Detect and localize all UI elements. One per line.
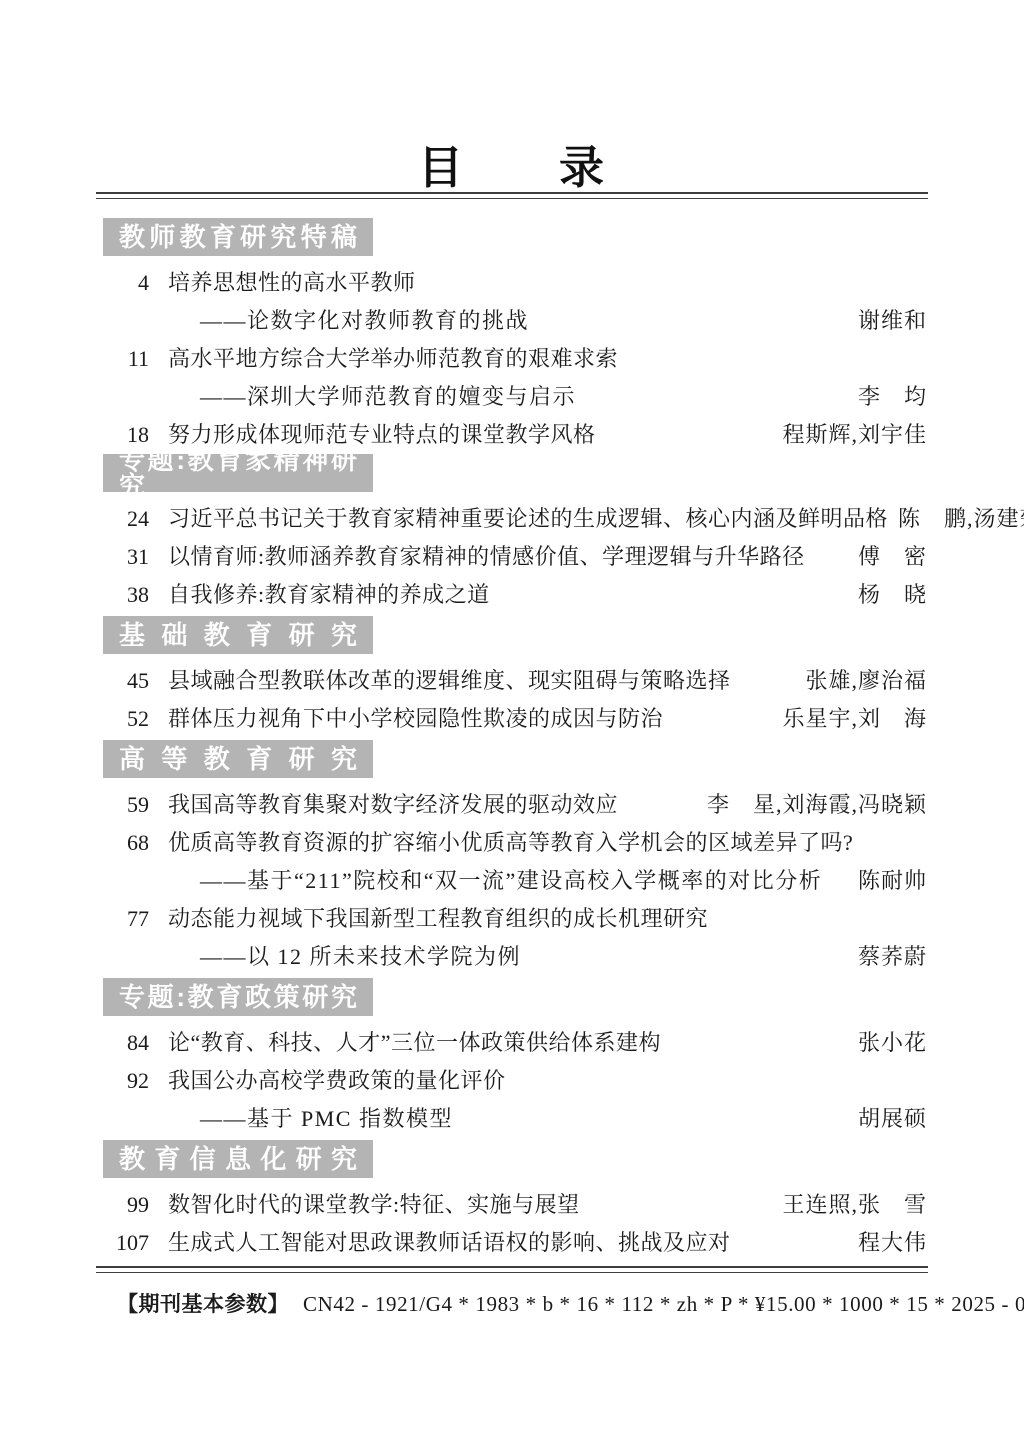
toc-entry-row: 84论“教育、科技、人才”三位一体政策供给体系建构张小花 <box>97 1030 927 1068</box>
journal-parameters: 【期刊基本参数】 CN42 - 1921/G4 * 1983 * b * 16 … <box>117 1288 909 1318</box>
section-header: 教育信息化研究 <box>103 1140 373 1178</box>
toc-subtitle-row: ——论数字化对教师教育的挑战谢维和 <box>97 308 927 346</box>
toc-subtitle-row: ——以 12 所未来技术学院为例蔡荞蔚 <box>97 944 927 982</box>
article-authors: 王连照,张 雪 <box>772 1192 927 1217</box>
article-authors: 张雄,廖治福 <box>795 668 927 693</box>
page-number: 99 <box>97 1192 149 1217</box>
article-title: 我国高等教育集聚对数字经济发展的驱动效应 <box>168 792 618 817</box>
section-rows: 45县域融合型教联体改革的逻辑维度、现实阻碍与策略选择张雄,廖治福52群体压力视… <box>97 668 927 744</box>
toc-entry-row: 4培养思想性的高水平教师 <box>97 270 927 308</box>
article-title: 我国公办高校学费政策的量化评价 <box>168 1068 506 1093</box>
article-title: 高水平地方综合大学举办师范教育的艰难求索 <box>168 346 618 371</box>
article-authors: 程斯辉,刘宇佳 <box>772 422 927 447</box>
toc-entry-row: 92我国公办高校学费政策的量化评价 <box>97 1068 927 1106</box>
toc-entry-row: 107生成式人工智能对思政课教师话语权的影响、挑战及应对程大伟 <box>97 1230 927 1268</box>
article-subtitle: ——深圳大学师范教育的嬗变与启示 <box>200 384 576 409</box>
article-title: 动态能力视域下我国新型工程教育组织的成长机理研究 <box>168 906 708 931</box>
page-number: 52 <box>97 706 149 731</box>
toc-entry-row: 11高水平地方综合大学举办师范教育的艰难求索 <box>97 346 927 384</box>
section-rows: 59我国高等教育集聚对数字经济发展的驱动效应李 星,刘海霞,冯晓颖68优质高等教… <box>97 792 927 982</box>
top-divider <box>96 192 928 199</box>
article-title: 群体压力视角下中小学校园隐性欺凌的成因与防治 <box>168 706 663 731</box>
article-authors: 程大伟 <box>848 1230 927 1255</box>
article-title: 生成式人工智能对思政课教师话语权的影响、挑战及应对 <box>168 1230 731 1255</box>
section-header-label: 教育信息化研究 <box>119 1146 357 1172</box>
section-header: 教师教育研究特稿 <box>103 218 373 256</box>
page-number: 4 <box>97 270 149 295</box>
article-title: 自我修养:教育家精神的养成之道 <box>168 582 490 607</box>
section-header: 高等教育研究 <box>103 740 373 778</box>
section-rows: 99数智化时代的课堂教学:特征、实施与展望王连照,张 雪107生成式人工智能对思… <box>97 1192 927 1268</box>
article-authors: 蔡荞蔚 <box>848 944 927 969</box>
section-header-label: 专题:教育家精神研究 <box>119 447 357 499</box>
section-header-label: 教师教育研究特稿 <box>119 224 357 250</box>
page-number: 77 <box>97 906 149 931</box>
toc-entry-row: 45县域融合型教联体改革的逻辑维度、现实阻碍与策略选择张雄,廖治福 <box>97 668 927 706</box>
toc-section: 基础教育研究45县域融合型教联体改革的逻辑维度、现实阻碍与策略选择张雄,廖治福5… <box>97 616 927 744</box>
section-header-label: 专题:教育政策研究 <box>119 984 357 1010</box>
article-authors: 杨 晓 <box>848 582 927 607</box>
article-title: 论“教育、科技、人才”三位一体政策供给体系建构 <box>168 1030 661 1055</box>
article-authors: 谢维和 <box>848 308 927 333</box>
article-title: 以情育师:教师涵养教育家精神的情感价值、学理逻辑与升华路径 <box>168 544 805 569</box>
toc-entry-row: 31以情育师:教师涵养教育家精神的情感价值、学理逻辑与升华路径傅 密 <box>97 544 927 582</box>
article-authors: 陈耐帅 <box>848 868 927 893</box>
article-authors: 陈 鹏,汤建荣 <box>888 506 1024 531</box>
toc-section: 专题:教育政策研究84论“教育、科技、人才”三位一体政策供给体系建构张小花92我… <box>97 978 927 1144</box>
page-number: 24 <box>97 506 149 531</box>
section-header: 专题:教育政策研究 <box>103 978 373 1016</box>
section-header: 专题:教育家精神研究 <box>103 454 373 492</box>
article-authors: 张小花 <box>848 1030 927 1055</box>
toc-entry-row: 52群体压力视角下中小学校园隐性欺凌的成因与防治乐星宇,刘 海 <box>97 706 927 744</box>
journal-parameters-label: 【期刊基本参数】 <box>117 1288 289 1318</box>
article-title: 培养思想性的高水平教师 <box>168 270 416 295</box>
toc-entry-row: 38自我修养:教育家精神的养成之道杨 晓 <box>97 582 927 620</box>
section-header: 基础教育研究 <box>103 616 373 654</box>
article-authors: 胡展硕 <box>848 1106 927 1131</box>
page-number: 68 <box>97 830 149 855</box>
article-subtitle: ——基于“211”院校和“双一流”建设高校入学概率的对比分析 <box>200 868 822 893</box>
page-number: 11 <box>97 346 149 371</box>
toc-entry-row: 77动态能力视域下我国新型工程教育组织的成长机理研究 <box>97 906 927 944</box>
journal-parameters-value: CN42 - 1921/G4 * 1983 * b * 16 * 112 * z… <box>303 1292 1024 1317</box>
toc-entry-row: 99数智化时代的课堂教学:特征、实施与展望王连照,张 雪 <box>97 1192 927 1230</box>
page-number: 45 <box>97 668 149 693</box>
article-subtitle: ——论数字化对教师教育的挑战 <box>200 308 529 333</box>
section-header-label: 基础教育研究 <box>119 622 357 648</box>
article-authors: 乐星宇,刘 海 <box>772 706 927 731</box>
article-title: 数智化时代的课堂教学:特征、实施与展望 <box>168 1192 580 1217</box>
toc-section: 教育信息化研究99数智化时代的课堂教学:特征、实施与展望王连照,张 雪107生成… <box>97 1140 927 1268</box>
toc-subtitle-row: ——基于 PMC 指数模型胡展硕 <box>97 1106 927 1144</box>
article-subtitle: ——基于 PMC 指数模型 <box>200 1106 453 1131</box>
page-number: 38 <box>97 582 149 607</box>
page-number: 107 <box>97 1230 149 1255</box>
article-title: 优质高等教育资源的扩容缩小优质高等教育入学机会的区域差异了吗? <box>168 830 853 855</box>
section-header-label: 高等教育研究 <box>119 746 357 772</box>
article-authors: 傅 密 <box>848 544 927 569</box>
section-rows: 24习近平总书记关于教育家精神重要论述的生成逻辑、核心内涵及鲜明品格陈 鹏,汤建… <box>97 506 927 620</box>
bottom-divider <box>96 1266 928 1273</box>
toc-section: 教师教育研究特稿4培养思想性的高水平教师——论数字化对教师教育的挑战谢维和11高… <box>97 218 927 460</box>
toc-entry-row: 24习近平总书记关于教育家精神重要论述的生成逻辑、核心内涵及鲜明品格陈 鹏,汤建… <box>97 506 927 544</box>
toc-subtitle-row: ——深圳大学师范教育的嬗变与启示李 均 <box>97 384 927 422</box>
page-number: 84 <box>97 1030 149 1055</box>
toc-section: 高等教育研究59我国高等教育集聚对数字经济发展的驱动效应李 星,刘海霞,冯晓颖6… <box>97 740 927 982</box>
toc-section: 专题:教育家精神研究24习近平总书记关于教育家精神重要论述的生成逻辑、核心内涵及… <box>97 454 927 620</box>
toc-entry-row: 68优质高等教育资源的扩容缩小优质高等教育入学机会的区域差异了吗? <box>97 830 927 868</box>
article-authors: 李 星,刘海霞,冯晓颖 <box>697 792 927 817</box>
page-number: 59 <box>97 792 149 817</box>
article-title: 努力形成体现师范专业特点的课堂教学风格 <box>168 422 596 447</box>
article-title: 县域融合型教联体改革的逻辑维度、现实阻碍与策略选择 <box>168 668 731 693</box>
section-rows: 84论“教育、科技、人才”三位一体政策供给体系建构张小花92我国公办高校学费政策… <box>97 1030 927 1144</box>
article-title: 习近平总书记关于教育家精神重要论述的生成逻辑、核心内涵及鲜明品格 <box>168 506 888 531</box>
section-rows: 4培养思想性的高水平教师——论数字化对教师教育的挑战谢维和11高水平地方综合大学… <box>97 270 927 460</box>
page-number: 18 <box>97 422 149 447</box>
page-number: 92 <box>97 1068 149 1093</box>
journal-toc-page: 目 录 教师教育研究特稿4培养思想性的高水平教师——论数字化对教师教育的挑战谢维… <box>0 0 1024 1448</box>
toc-entry-row: 59我国高等教育集聚对数字经济发展的驱动效应李 星,刘海霞,冯晓颖 <box>97 792 927 830</box>
page-number: 31 <box>97 544 149 569</box>
article-subtitle: ——以 12 所未来技术学院为例 <box>200 944 521 969</box>
page-title: 目 录 <box>0 131 1024 196</box>
toc-subtitle-row: ——基于“211”院校和“双一流”建设高校入学概率的对比分析陈耐帅 <box>97 868 927 906</box>
article-authors: 李 均 <box>848 384 927 409</box>
